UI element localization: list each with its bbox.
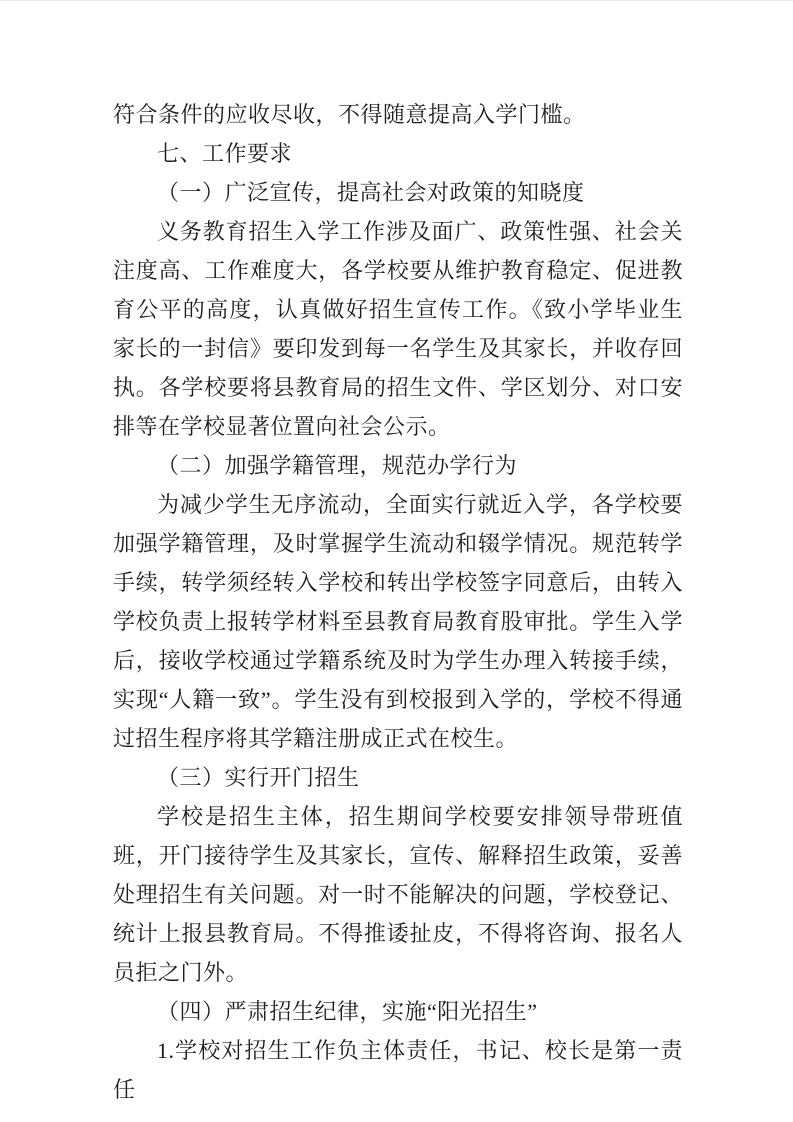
paragraph-open-enrollment-body: 学校是招生主体，招生期间学校要安排领导带班值班，开门接待学生及其家长，宣传、解释…	[113, 797, 683, 992]
section-heading-7-work-requirements: 七、工作要求	[113, 134, 683, 173]
subsection-heading-1-publicity: （一）广泛宣传，提高社会对政策的知晓度	[113, 173, 683, 212]
document-page: 符合条件的应收尽收，不得随意提高入学门槛。 七、工作要求 （一）广泛宣传，提高社…	[0, 0, 793, 1122]
subsection-heading-2-student-records: （二）加强学籍管理，规范办学行为	[113, 446, 683, 485]
subsection-heading-4-discipline: （四）严肃招生纪律，实施“阳光招生”	[113, 992, 683, 1031]
paragraph-student-records-body: 为减少学生无序流动，全面实行就近入学，各学校要加强学籍管理，及时掌握学生流动和辍…	[113, 485, 683, 758]
document-text-area: 符合条件的应收尽收，不得随意提高入学门槛。 七、工作要求 （一）广泛宣传，提高社…	[113, 95, 683, 1109]
subsection-heading-3-open-enrollment: （三）实行开门招生	[113, 758, 683, 797]
paragraph-continuation: 符合条件的应收尽收，不得随意提高入学门槛。	[113, 95, 683, 134]
paragraph-discipline-body: 1.学校对招生工作负主体责任，书记、校长是第一责任	[113, 1031, 683, 1109]
paragraph-publicity-body: 义务教育招生入学工作涉及面广、政策性强、社会关注度高、工作难度大，各学校要从维护…	[113, 212, 683, 446]
